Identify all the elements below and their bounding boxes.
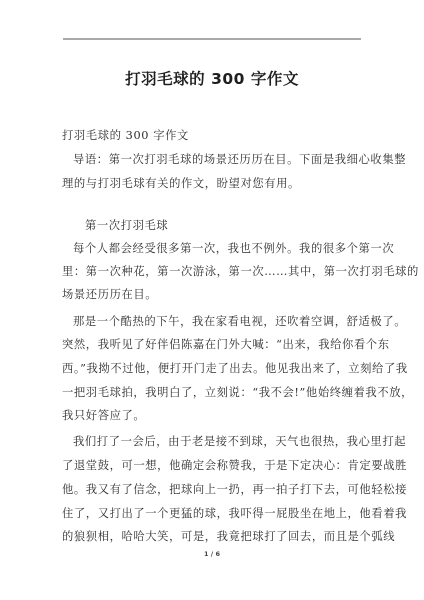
intro-line-2: 理的与打羽毛球有关的作文，盼望对您有用。 [62,175,300,191]
section-heading: 第一次打羽毛球 [85,217,168,233]
document-title: 打羽毛球的 300 字作文 [0,67,424,89]
paragraph-line: 西。”我拗不过他，便打开门走了出去。他见我出来了，立刻给了我 [62,360,408,376]
paragraph-line: 住了，又打出了一个更猛的球，我吓得一屁股坐在地上，他看着我 [62,505,407,521]
paragraph-line: 一把羽毛球拍，我明白了，立刻说：“我不会!”他始终缠着我不放， [62,384,413,400]
paragraph-line: 那是一个酷热的下午，我在家看电视，还吹着空调，舒适极了。 [73,313,406,329]
paragraph-line: 每个人都会经受很多第一次，我也不例外。我的很多个第一次 [73,240,394,256]
paragraph-line: 他。我又有了信念，把球向上一扔，再一拍子打下去，可他轻松接 [62,481,407,497]
page-number: 1 / 6 [0,550,424,558]
header-rule [63,38,361,40]
paragraph-line: 我们打了一会后，由于老是接不到球，天气也很热，我心里打起 [73,433,406,449]
subtitle: 打羽毛球的 300 字作文 [62,127,189,143]
paragraph-line: 的狼狈相，哈哈大笑，可是，我竟把球打了回去，而且是个弧线 [62,528,395,544]
intro-line-1: 导语：第一次打羽毛球的场景还历历在目。下面是我细心收集整 [73,151,406,167]
paragraph-line: 突然，我听见了好伴侣陈嘉在门外大喊：“出来，我给你看个东 [62,336,390,352]
paragraph-line: 我只好答应了。 [62,407,145,423]
paragraph-line: 场景还历历在目。 [62,286,157,302]
paragraph-line: 里：第一次种花，第一次游泳，第一次……其中，第一次打羽毛球的 [62,263,419,279]
paragraph-line: 了退堂鼓，可一想，他确定会称赞我，于是下定决心：肯定要战胜 [62,457,407,473]
